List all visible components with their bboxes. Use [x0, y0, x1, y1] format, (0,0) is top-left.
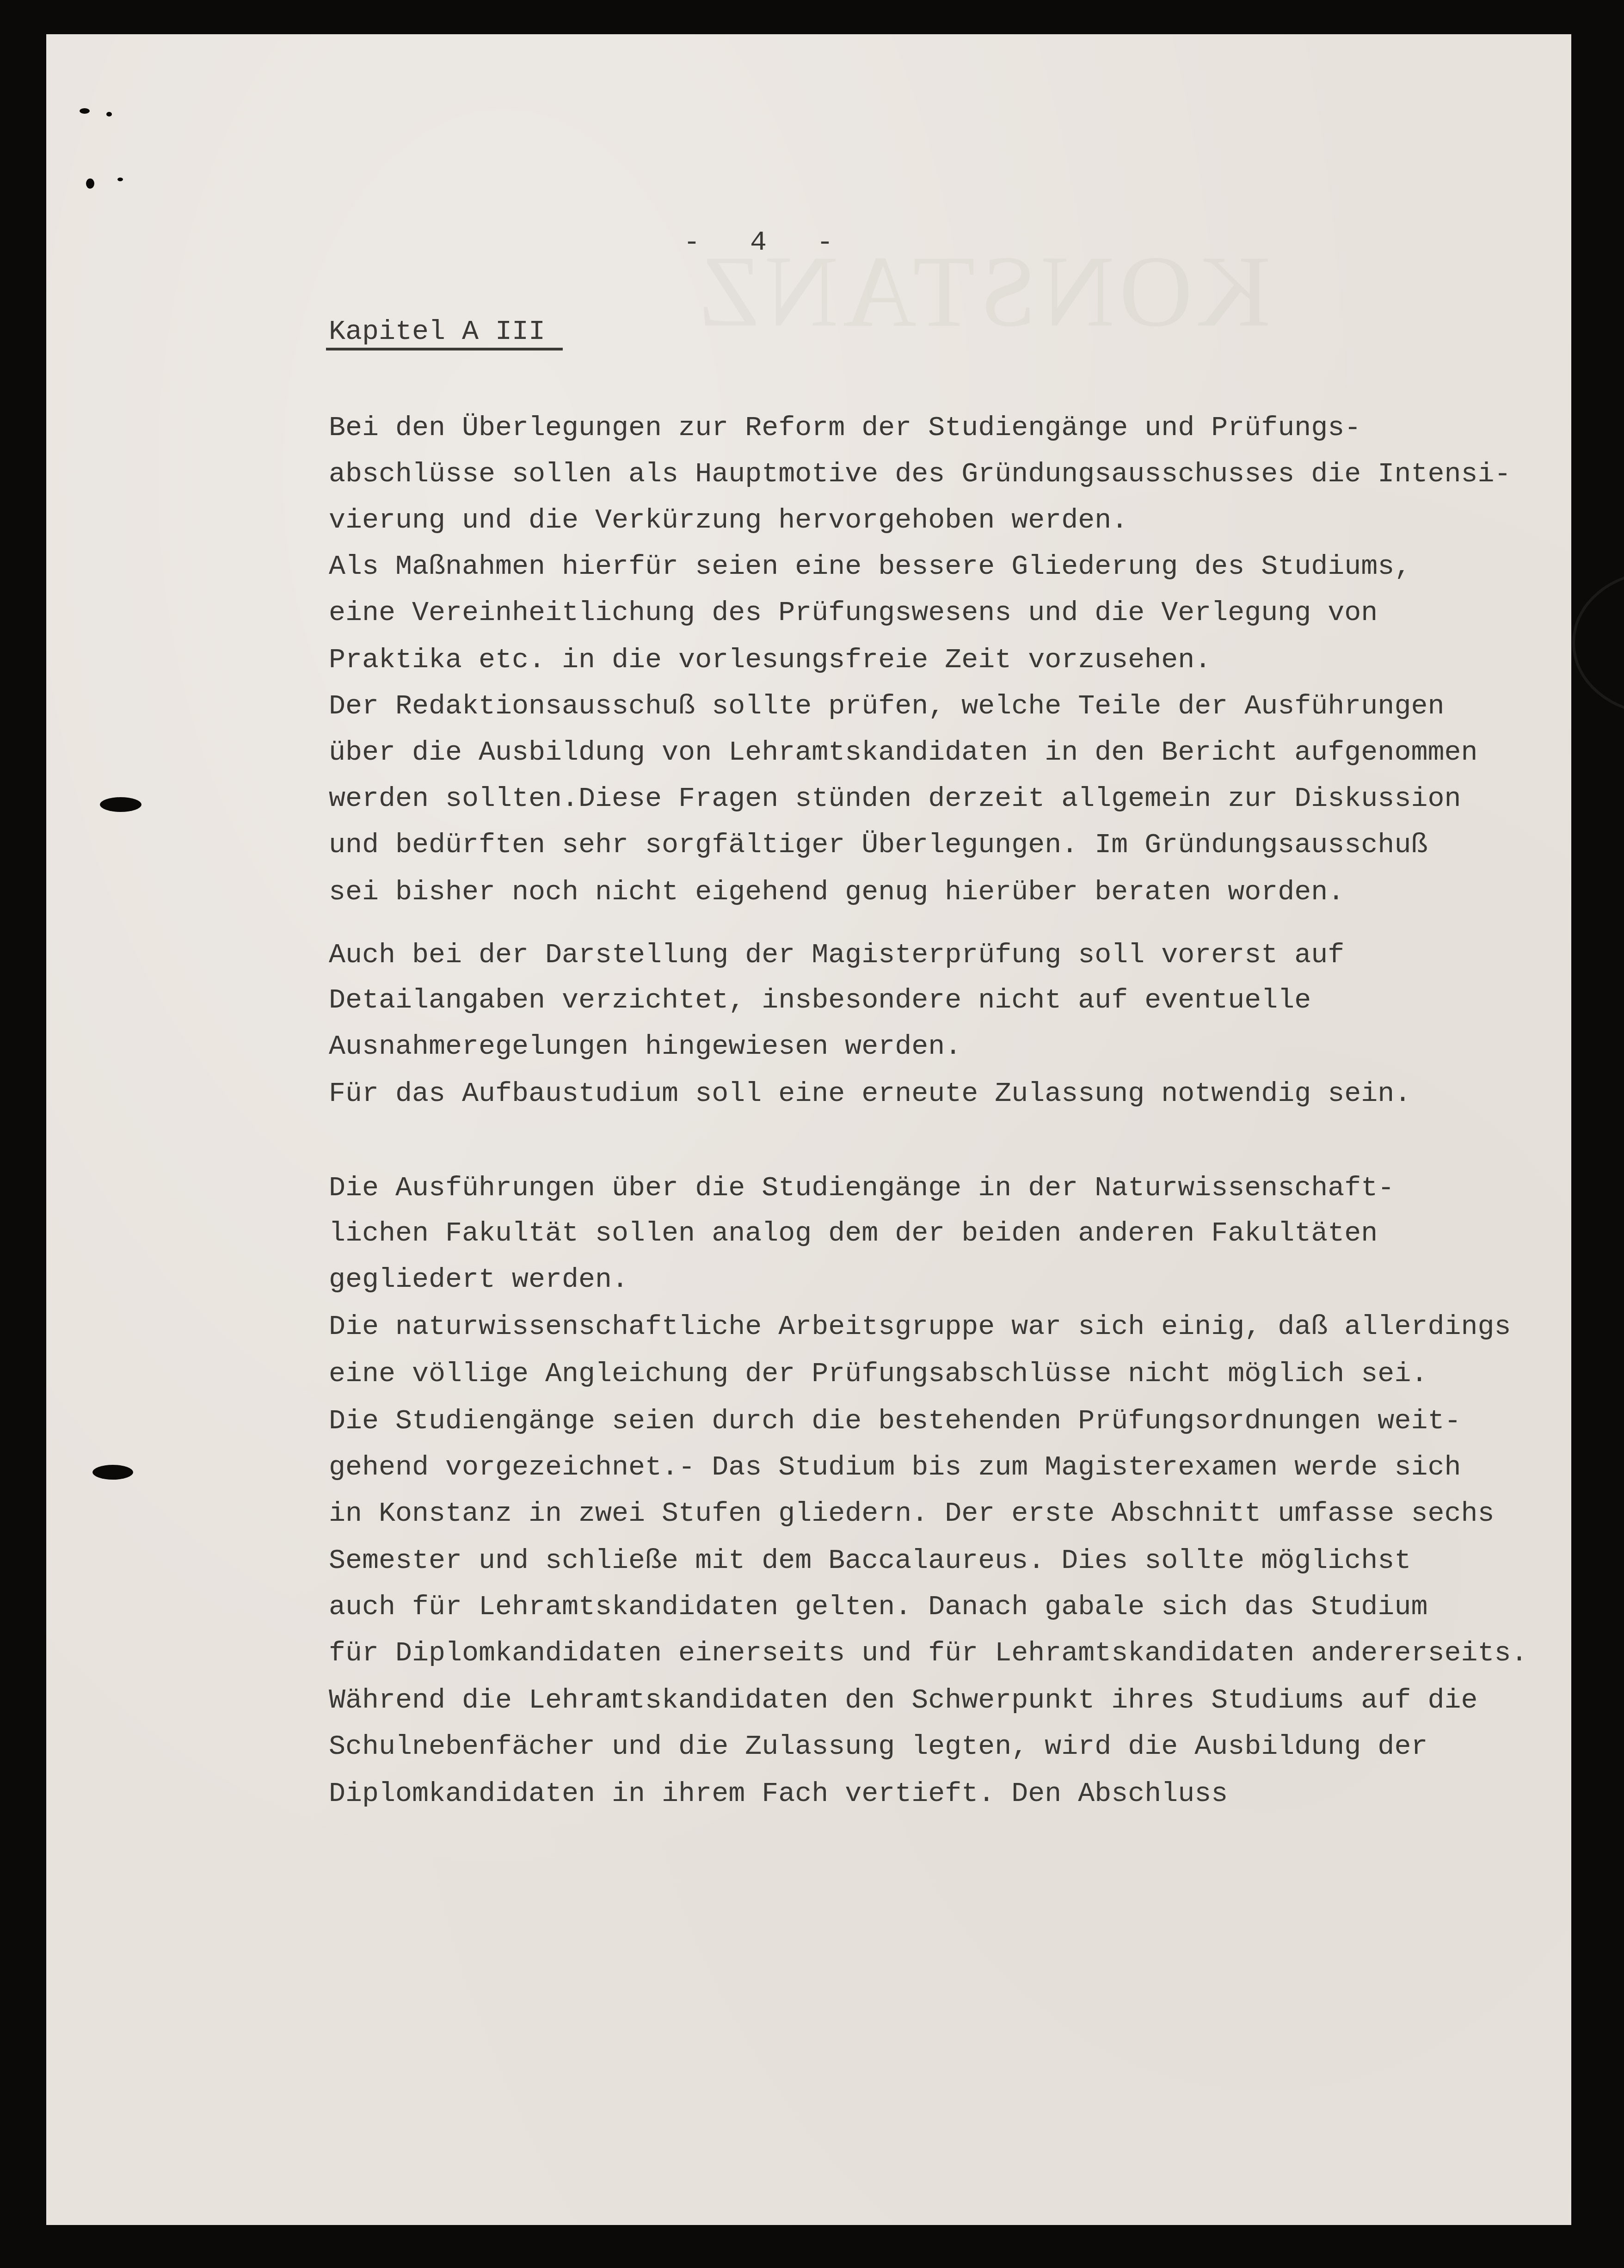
- text-line: sei bisher noch nicht eigehend genug hie…: [329, 879, 1344, 906]
- punch-hole-top-small-3: [86, 178, 94, 189]
- text-line: Für das Aufbaustudium soll eine erneute …: [329, 1080, 1411, 1108]
- page-number: - 4 -: [683, 229, 833, 257]
- text-line: lichen Fakultät sollen analog dem der be…: [329, 1220, 1378, 1248]
- text-line: und bedürften sehr sorgfältiger Überlegu…: [329, 831, 1427, 859]
- text-line: Die Studiengänge seien durch die bestehe…: [329, 1408, 1461, 1435]
- text-line: über die Ausbildung von Lehramtskandidat…: [329, 739, 1477, 767]
- text-line: werden sollten.Diese Fragen stünden derz…: [329, 785, 1461, 813]
- chapter-heading: Kapitel A III: [329, 318, 545, 346]
- text-line: Als Maßnahmen hierfür seien eine bessere…: [329, 553, 1411, 581]
- heading-underline: [326, 348, 563, 350]
- document-page: KONSTANZ: [46, 34, 1571, 2225]
- text-line: vierung und die Verkürzung hervorgehoben…: [329, 507, 1128, 535]
- text-line: auch für Lehramtskandidaten gelten. Dana…: [329, 1593, 1427, 1621]
- punch-hole-upper: [100, 797, 141, 812]
- text-line: Schulnebenfächer und die Zulassung legte…: [329, 1733, 1427, 1761]
- text-line: Die naturwissenschaftliche Arbeitsgruppe…: [329, 1313, 1511, 1341]
- text-line: gegliedert werden.: [329, 1266, 628, 1294]
- punch-hole-top-small-4: [117, 178, 123, 181]
- punch-hole-top-small-2: [106, 112, 112, 117]
- text-line: in Konstanz in zwei Stufen gliedern. Der…: [329, 1500, 1494, 1528]
- text-line: Detailangaben verzichtet, insbesondere n…: [329, 987, 1311, 1014]
- punch-hole-top-small-1: [80, 108, 90, 114]
- text-line: Praktika etc. in die vorlesungsfreie Zei…: [329, 646, 1211, 674]
- text-line: eine Vereinheitlichung des Prüfungswesen…: [329, 599, 1378, 627]
- text-line: Semester und schließe mit dem Baccalaure…: [329, 1547, 1411, 1575]
- text-line: gehend vorgezeichnet.- Das Studium bis z…: [329, 1454, 1461, 1481]
- punch-hole-lower: [92, 1465, 133, 1480]
- text-line: eine völlige Angleichung der Prüfungsabs…: [329, 1360, 1427, 1388]
- text-line: Der Redaktionsausschuß sollte prüfen, we…: [329, 693, 1444, 720]
- text-line: Diplomkandidaten in ihrem Fach vertieft.…: [329, 1780, 1228, 1808]
- text-line: Während die Lehramtskandidaten den Schwe…: [329, 1687, 1477, 1715]
- bleed-through-stamp-ring: [1572, 571, 1624, 715]
- text-line: Ausnahmeregelungen hingewiesen werden.: [329, 1033, 961, 1061]
- text-line: Auch bei der Darstellung der Magisterprü…: [329, 941, 1344, 969]
- text-line: für Diplomkandidaten einerseits und für …: [329, 1640, 1527, 1667]
- text-line: Die Ausführungen über die Studiengänge i…: [329, 1174, 1394, 1202]
- text-line: Bei den Überlegungen zur Reform der Stud…: [329, 414, 1361, 442]
- text-line: abschlüsse sollen als Hauptmotive des Gr…: [329, 461, 1511, 488]
